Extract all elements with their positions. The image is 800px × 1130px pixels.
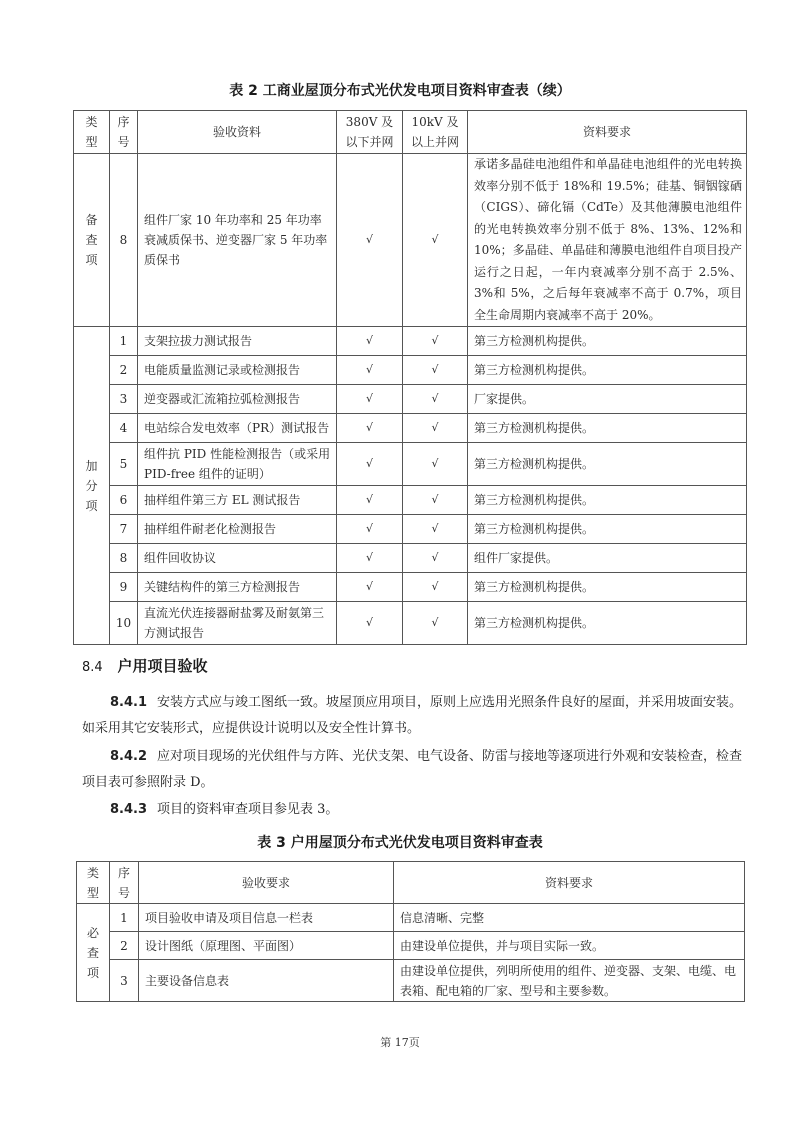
- clause-number: 8.4.1: [110, 695, 147, 710]
- table2: 类型 序号 验收资料 380V 及以下并网 10kV 及以上并网 资料要求 备查…: [73, 110, 747, 645]
- check-380v: √: [337, 356, 403, 385]
- page-number: 第 17页: [0, 1034, 800, 1050]
- table-row: 9 关键结构件的第三方检测报告 √ √ 第三方检测机构提供。: [74, 573, 747, 602]
- check-10kv: √: [403, 486, 468, 515]
- check-10kv: √: [403, 385, 468, 414]
- table3-header-row: 类型 序号 验收要求 资料要求: [77, 862, 745, 904]
- check-380v: √: [337, 414, 403, 443]
- acceptance-cell: 设计图纸（原理图、平面图）: [139, 932, 394, 960]
- seq-cell: 3: [110, 960, 139, 1002]
- table-row: 10 直流光伏连接器耐盐雾及耐氨第三方测试报告 √ √ 第三方检测机构提供。: [74, 602, 747, 645]
- type-cell-backup: 备查项: [74, 154, 110, 327]
- document-page: 表 2 工商业屋顶分布式光伏发电项目资料审查表（续） 类型 序号 验收资料 38…: [0, 0, 800, 1130]
- header-acceptance: 验收要求: [139, 862, 394, 904]
- check-10kv: √: [403, 602, 468, 645]
- table-row: 2 设计图纸（原理图、平面图） 由建设单位提供，并与项目实际一致。: [77, 932, 745, 960]
- type-cell-mandatory: 必查项: [77, 904, 110, 1002]
- seq-cell: 1: [110, 327, 138, 356]
- seq-cell: 9: [110, 573, 138, 602]
- material-cell: 抽样组件第三方 EL 测试报告: [138, 486, 337, 515]
- material-cell: 抽样组件耐老化检测报告: [138, 515, 337, 544]
- seq-cell: 8: [110, 154, 138, 327]
- header-type: 类型: [77, 862, 110, 904]
- paragraph-8-4-2: 8.4.2应对项目现场的光伏组件与方阵、光伏支架、电气设备、防雷与接地等逐项进行…: [82, 744, 750, 796]
- requirement-cell: 第三方检测机构提供。: [468, 515, 747, 544]
- seq-cell: 10: [110, 602, 138, 645]
- acceptance-cell: 项目验收申请及项目信息一栏表: [139, 904, 394, 932]
- section-number: 8.4: [82, 660, 103, 675]
- requirement-cell: 第三方检测机构提供。: [468, 573, 747, 602]
- material-cell: 组件回收协议: [138, 544, 337, 573]
- check-380v: √: [337, 544, 403, 573]
- table-row: 加分项 1 支架拉拔力测试报告 √ √ 第三方检测机构提供。: [74, 327, 747, 356]
- seq-cell: 2: [110, 356, 138, 385]
- requirement-cell: 第三方检测机构提供。: [468, 414, 747, 443]
- table-row: 备查项 8 组件厂家 10 年功率和 25 年功率衰减质保书、逆变器厂家 5 年…: [74, 154, 747, 327]
- material-cell: 直流光伏连接器耐盐雾及耐氨第三方测试报告: [138, 602, 337, 645]
- table-row: 4 电站综合发电效率（PR）测试报告 √ √ 第三方检测机构提供。: [74, 414, 747, 443]
- acceptance-cell: 主要设备信息表: [139, 960, 394, 1002]
- table-row: 必查项 1 项目验收申请及项目信息一栏表 信息清晰、完整: [77, 904, 745, 932]
- requirement-cell: 组件厂家提供。: [468, 544, 747, 573]
- requirement-cell: 第三方检测机构提供。: [468, 443, 747, 486]
- header-380v: 380V 及以下并网: [337, 111, 403, 154]
- table-row: 5 组件抗 PID 性能检测报告（或采用 PID-free 组件的证明） √ √…: [74, 443, 747, 486]
- material-cell: 电站综合发电效率（PR）测试报告: [138, 414, 337, 443]
- check-380v: √: [337, 443, 403, 486]
- check-380v: √: [337, 515, 403, 544]
- table-row: 2 电能质量监测记录或检测报告 √ √ 第三方检测机构提供。: [74, 356, 747, 385]
- table3: 类型 序号 验收要求 资料要求 必查项 1 项目验收申请及项目信息一栏表 信息清…: [76, 861, 745, 1002]
- header-10kv: 10kV 及以上并网: [403, 111, 468, 154]
- seq-cell: 8: [110, 544, 138, 573]
- table2-caption: 表 2 工商业屋顶分布式光伏发电项目资料审查表（续）: [0, 80, 800, 100]
- header-requirement: 资料要求: [394, 862, 745, 904]
- check-10kv: √: [403, 154, 468, 327]
- check-380v: √: [337, 154, 403, 327]
- material-cell: 支架拉拔力测试报告: [138, 327, 337, 356]
- paragraph-8-4-1: 8.4.1安装方式应与竣工图纸一致。坡屋顶应用项目，原则上应选用光照条件良好的屋…: [82, 690, 750, 742]
- table-row: 7 抽样组件耐老化检测报告 √ √ 第三方检测机构提供。: [74, 515, 747, 544]
- header-type: 类型: [74, 111, 110, 154]
- table2-header-row: 类型 序号 验收资料 380V 及以下并网 10kV 及以上并网 资料要求: [74, 111, 747, 154]
- check-10kv: √: [403, 443, 468, 486]
- table3-caption: 表 3 户用屋顶分布式光伏发电项目资料审查表: [0, 832, 800, 852]
- check-10kv: √: [403, 327, 468, 356]
- header-seq: 序号: [110, 111, 138, 154]
- paragraph-8-4-3: 8.4.3项目的资料审查项目参见表 3。: [82, 797, 750, 823]
- check-380v: √: [337, 385, 403, 414]
- requirement-cell: 第三方检测机构提供。: [468, 327, 747, 356]
- material-cell: 逆变器或汇流箱拉弧检测报告: [138, 385, 337, 414]
- requirement-cell: 第三方检测机构提供。: [468, 486, 747, 515]
- table-row: 6 抽样组件第三方 EL 测试报告 √ √ 第三方检测机构提供。: [74, 486, 747, 515]
- section-title: 户用项目验收: [117, 657, 207, 675]
- requirement-cell: 由建设单位提供，列明所使用的组件、逆变器、支架、电缆、电表箱、配电箱的厂家、型号…: [394, 960, 745, 1002]
- seq-cell: 7: [110, 515, 138, 544]
- table-row: 3 主要设备信息表 由建设单位提供，列明所使用的组件、逆变器、支架、电缆、电表箱…: [77, 960, 745, 1002]
- material-cell: 电能质量监测记录或检测报告: [138, 356, 337, 385]
- header-requirement: 资料要求: [468, 111, 747, 154]
- check-10kv: √: [403, 573, 468, 602]
- check-380v: √: [337, 486, 403, 515]
- seq-cell: 3: [110, 385, 138, 414]
- requirement-cell: 第三方检测机构提供。: [468, 356, 747, 385]
- table-row: 3 逆变器或汇流箱拉弧检测报告 √ √ 厂家提供。: [74, 385, 747, 414]
- clause-text: 应对项目现场的光伏组件与方阵、光伏支架、电气设备、防雷与接地等逐项进行外观和安装…: [82, 749, 742, 790]
- requirement-cell: 厂家提供。: [468, 385, 747, 414]
- requirement-cell: 承诺多晶硅电池组件和单晶硅电池组件的光电转换效率分别不低于 18%和 19.5%…: [468, 154, 747, 327]
- clause-text: 项目的资料审查项目参见表 3。: [157, 802, 338, 817]
- clause-number: 8.4.2: [110, 749, 147, 764]
- clause-number: 8.4.3: [110, 802, 147, 817]
- seq-cell: 5: [110, 443, 138, 486]
- check-10kv: √: [403, 414, 468, 443]
- requirement-cell: 由建设单位提供，并与项目实际一致。: [394, 932, 745, 960]
- material-cell: 关键结构件的第三方检测报告: [138, 573, 337, 602]
- seq-cell: 1: [110, 904, 139, 932]
- check-380v: √: [337, 573, 403, 602]
- material-cell: 组件厂家 10 年功率和 25 年功率衰减质保书、逆变器厂家 5 年功率质保书: [138, 154, 337, 327]
- check-10kv: √: [403, 544, 468, 573]
- header-material: 验收资料: [138, 111, 337, 154]
- table-row: 8 组件回收协议 √ √ 组件厂家提供。: [74, 544, 747, 573]
- seq-cell: 2: [110, 932, 139, 960]
- check-10kv: √: [403, 356, 468, 385]
- check-10kv: √: [403, 515, 468, 544]
- type-cell-bonus: 加分项: [74, 327, 110, 645]
- seq-cell: 6: [110, 486, 138, 515]
- check-380v: √: [337, 327, 403, 356]
- header-seq: 序号: [110, 862, 139, 904]
- material-cell: 组件抗 PID 性能检测报告（或采用 PID-free 组件的证明）: [138, 443, 337, 486]
- check-380v: √: [337, 602, 403, 645]
- clause-text: 安装方式应与竣工图纸一致。坡屋顶应用项目，原则上应选用光照条件良好的屋面，并采用…: [82, 695, 742, 736]
- seq-cell: 4: [110, 414, 138, 443]
- requirement-cell: 信息清晰、完整: [394, 904, 745, 932]
- requirement-cell: 第三方检测机构提供。: [468, 602, 747, 645]
- section-heading: 8.4 户用项目验收: [82, 655, 207, 676]
